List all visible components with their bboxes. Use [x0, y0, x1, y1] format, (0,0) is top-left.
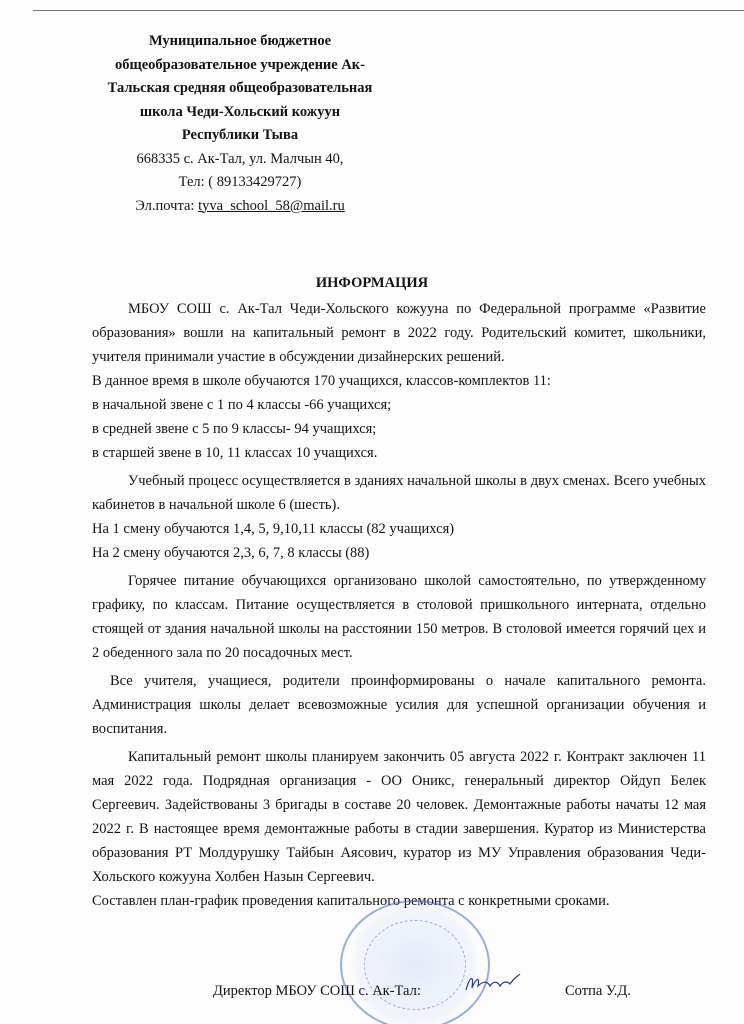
document-title: ИНФОРМАЦИЯ: [0, 275, 744, 292]
paragraph-intro: МБОУ СОШ с. Ак-Тал Чеди-Хольского кожуун…: [92, 297, 706, 369]
signatory-name: Сотпа У.Д.: [565, 983, 631, 1000]
paragraph-meals: Горячее питание обучающихся организовано…: [92, 569, 706, 665]
document-body: МБОУ СОШ с. Ак-Тал Чеди-Хольского кожуун…: [92, 297, 706, 913]
official-seal-stamp: [340, 900, 490, 1024]
signature-position: Директор МБОУ СОШ с. Ак-Тал:: [213, 983, 421, 1000]
paragraph-primary: в начальной звене с 1 по 4 классы -66 уч…: [92, 393, 706, 417]
paragraph-middle: в средней звене с 5 по 9 классы- 94 учащ…: [92, 417, 706, 441]
paragraph-shift-2: На 2 смену обучаются 2,3, 6, 7, 8 классы…: [92, 541, 706, 565]
paragraph-senior: в старшей звене в 10, 11 классах 10 учащ…: [92, 441, 706, 465]
org-name-line-3: Тальская средняя общеобразовательная: [95, 77, 385, 101]
org-name-line-5: Республики Тыва: [95, 124, 385, 148]
letterhead: Муниципальное бюджетное общеобразователь…: [95, 30, 385, 218]
paragraph-shift-1: На 1 смену обучаются 1,4, 5, 9,10,11 кла…: [92, 517, 706, 541]
org-name-line-4: школа Чеди-Хольский кожуун: [95, 101, 385, 125]
email-label: Эл.почта:: [135, 198, 198, 214]
paragraph-process: Учебный процесс осуществляется в зданиях…: [92, 469, 706, 517]
email-line: Эл.почта: tyva_school_58@mail.ru: [95, 195, 385, 219]
paragraph-enrollment: В данное время в школе обучаются 170 уча…: [92, 369, 706, 393]
handwritten-signature-icon: [462, 972, 522, 994]
email-link[interactable]: tyva_school_58@mail.ru: [198, 198, 345, 214]
phone: Тел: ( 89133429727): [95, 171, 385, 195]
paragraph-informed: Все учителя, учащиеся, родители проинфор…: [92, 669, 706, 741]
org-name-line-1: Муниципальное бюджетное: [95, 30, 385, 54]
org-name-line-2: общеобразовательное учреждение Ак-: [95, 54, 385, 78]
scan-edge-line: [33, 10, 744, 11]
address: 668335 с. Ак-Тал, ул. Малчын 40,: [95, 148, 385, 172]
paragraph-repair: Капитальный ремонт школы планируем закон…: [92, 745, 706, 889]
